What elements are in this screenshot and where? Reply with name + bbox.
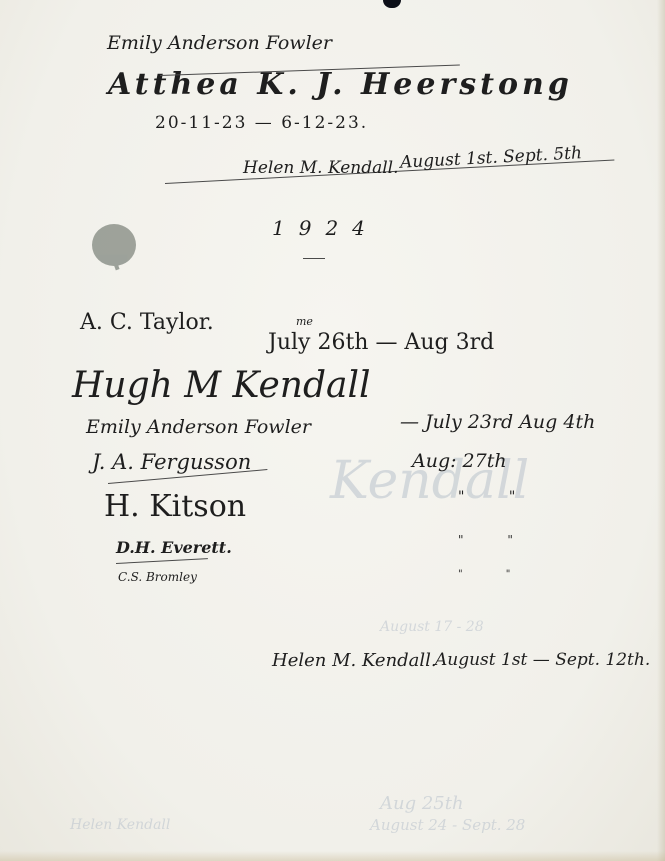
entry-dates: July 26th — Aug 3rd (268, 332, 494, 354)
ink-blot-top (383, 0, 401, 8)
bleed-through-text: August 17 - 28 (380, 620, 484, 634)
entry-name: D.H. Everett. (116, 540, 232, 556)
entry-dates: " " (458, 490, 535, 504)
entry-name: A. C. Taylor. (80, 312, 214, 334)
entry-note: me (296, 316, 313, 327)
entry-dates: " " (458, 570, 530, 580)
entry-dates: August 1st. Sept. 5th (400, 145, 583, 172)
document-page: Kendall August 17 - 28 Aug 25th Helen Ke… (0, 0, 665, 861)
entry-name: J. A. Fergusson (92, 452, 251, 473)
entry-name: Hugh M Kendall (72, 368, 371, 404)
entry-dates: — July 23rd Aug 4th (400, 413, 595, 432)
page-edge (0, 851, 665, 861)
ink-blot (92, 224, 136, 266)
entry-name: C.S. Bromley (118, 571, 197, 583)
underline (116, 558, 208, 564)
year-heading: 1924 (272, 218, 379, 238)
bleed-through-text: August 24 - Sept. 28 (370, 818, 525, 833)
entry-dates: " " (458, 534, 533, 546)
entry-name: Helen M. Kendall. (243, 160, 399, 177)
entry-dates: Aug: 27th (412, 452, 507, 471)
entry-name: H. Kitson (104, 492, 246, 522)
entry-name: Emily Anderson Fowler (107, 34, 332, 53)
bleed-through-text: Aug 25th (380, 795, 464, 813)
entry-name: Emily Anderson Fowler (86, 418, 311, 437)
entry-name: Helen M. Kendall. (272, 652, 437, 670)
entry-dates: August 1st — Sept. 12th. (435, 652, 650, 669)
underline (303, 258, 325, 259)
page-edge (657, 0, 665, 861)
entry-dates: 20-11-23 — 6-12-23. (155, 115, 368, 132)
bleed-through-text: Helen Kendall (70, 818, 170, 832)
